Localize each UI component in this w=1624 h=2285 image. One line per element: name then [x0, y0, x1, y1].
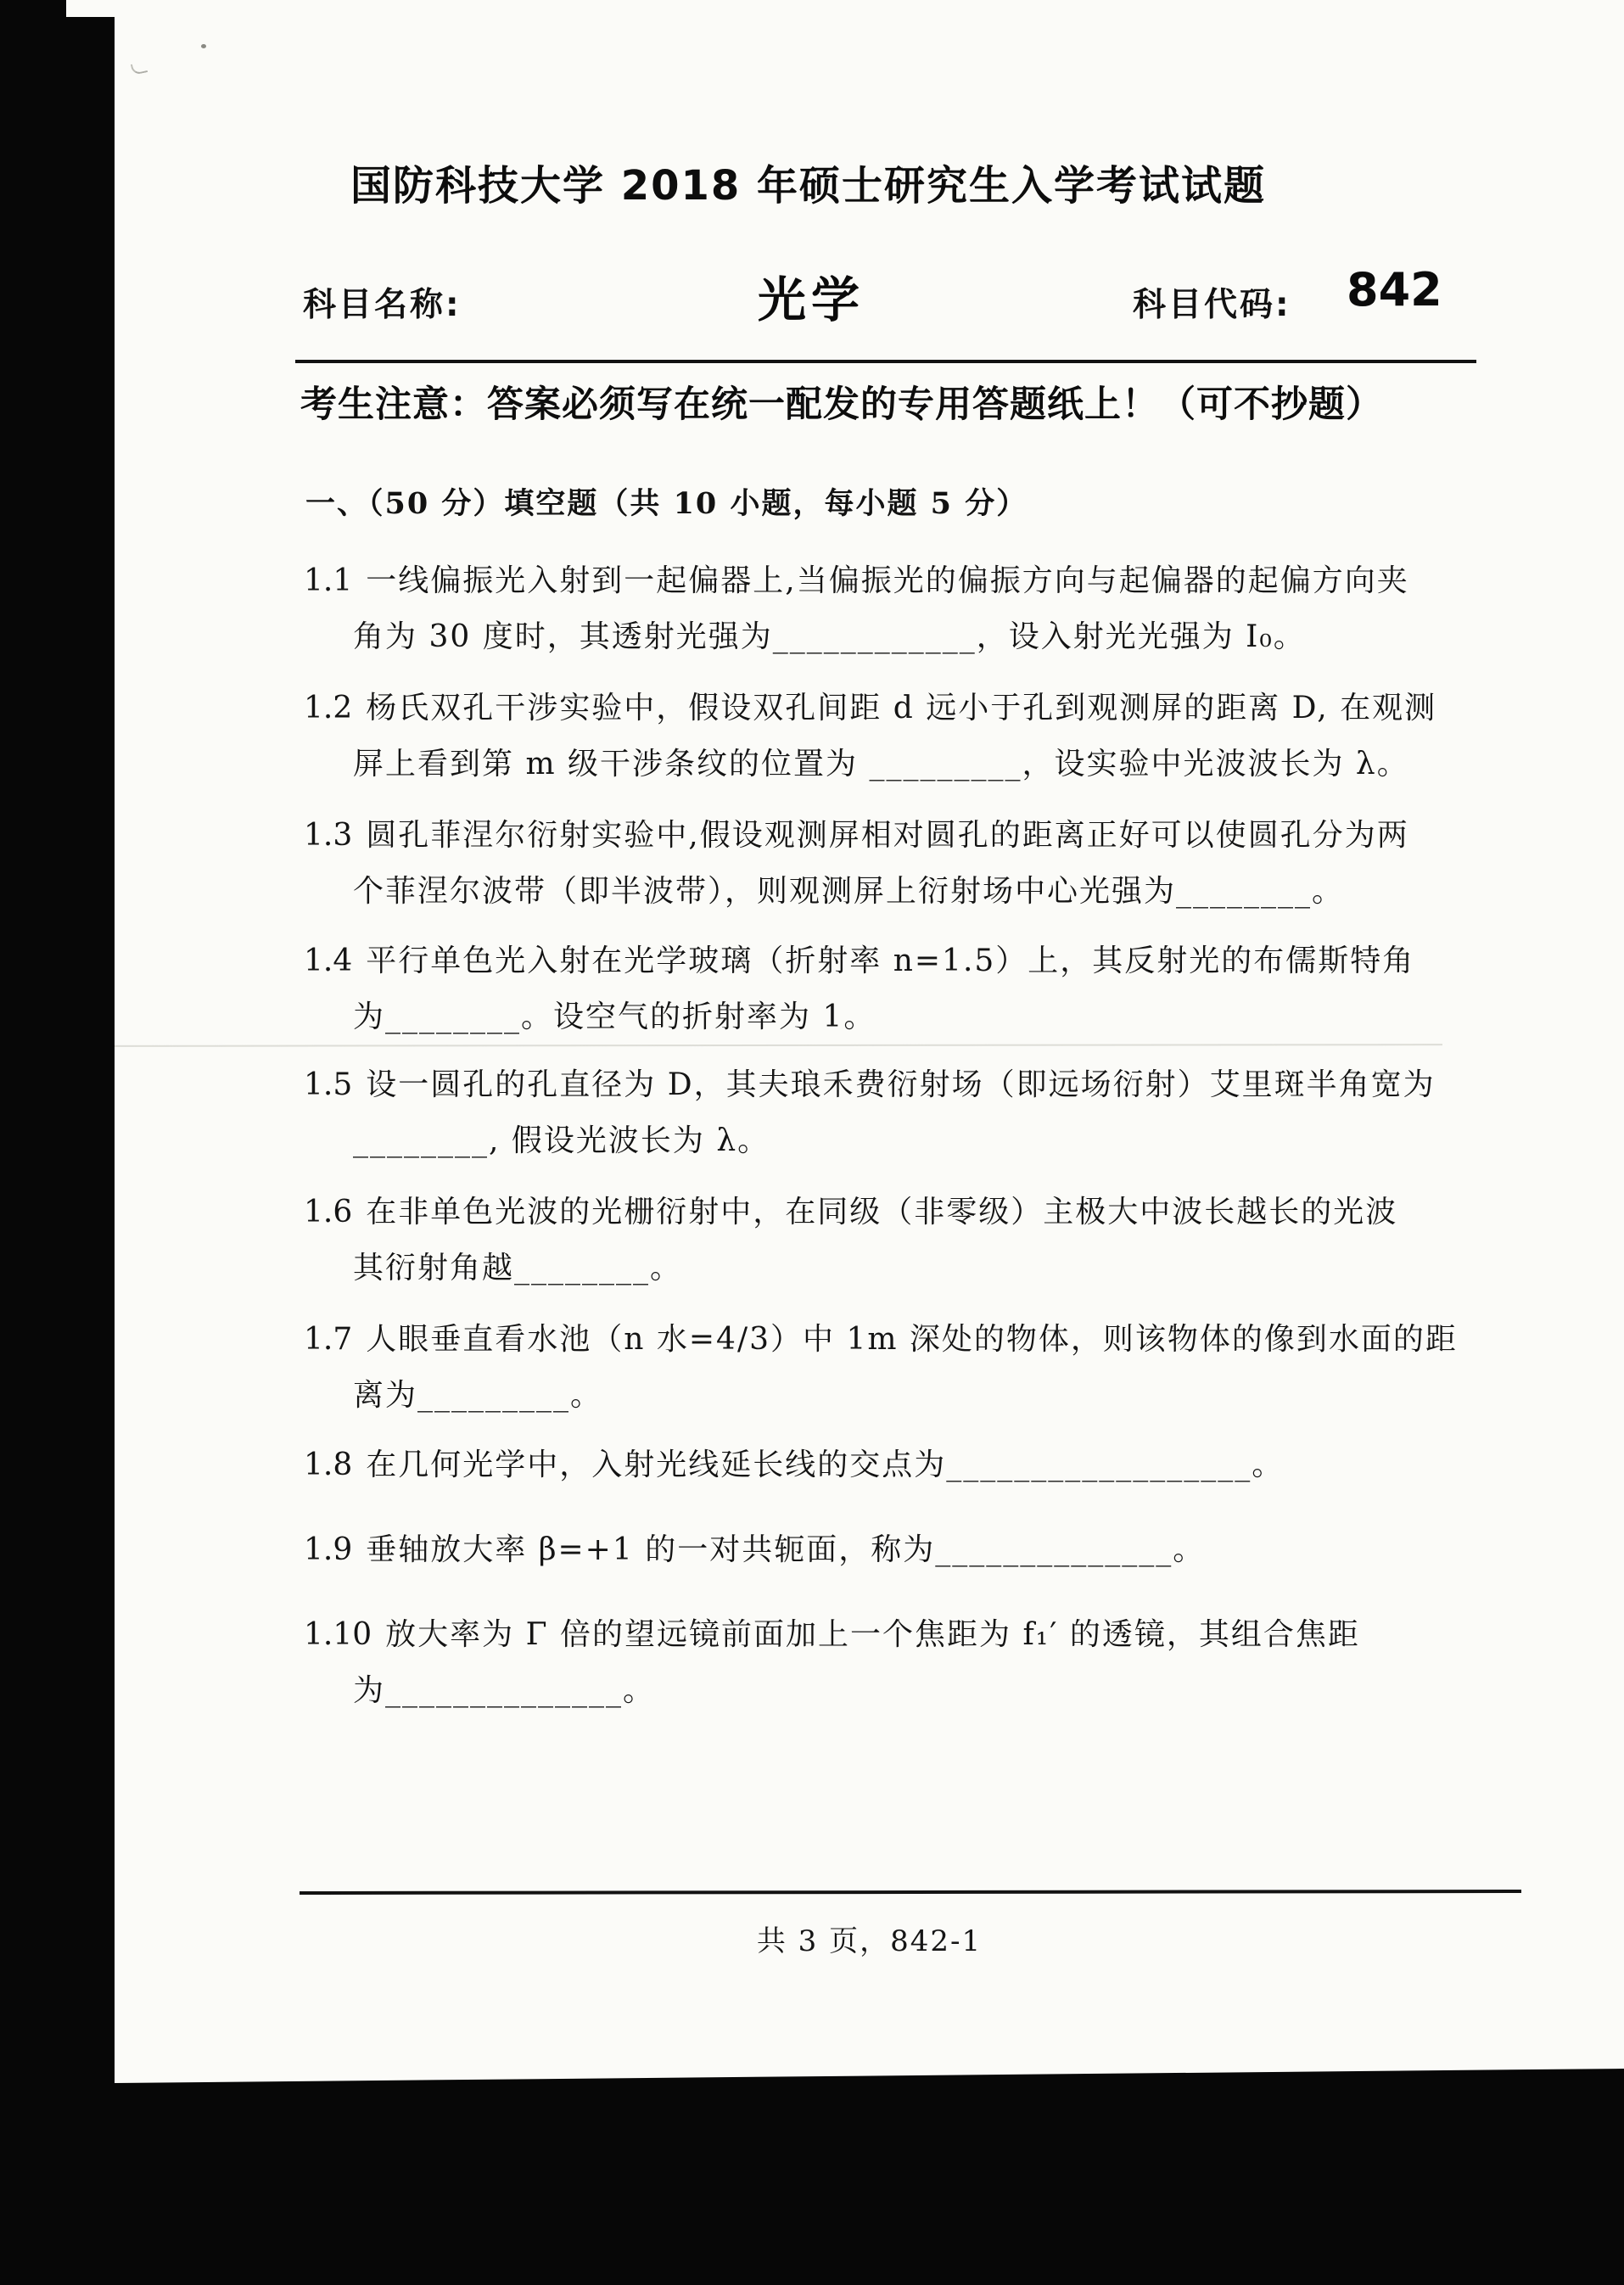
question-text-line: 为______________。: [353, 1663, 1360, 1719]
subject-name-label: 科目名称:: [303, 278, 462, 326]
question-text: 在几何光学中，入射光线延长线的交点为__________________。: [366, 1448, 1284, 1482]
question-number: 1.10: [304, 1617, 372, 1652]
question-number: 1.6: [304, 1195, 352, 1229]
question-1-9: 1.9垂轴放大率 β=+1 的一对共轭面，称为______________。: [304, 1522, 1205, 1578]
question-1-5: 1.5设一圆孔的孔直径为 D，其夫琅禾费衍射场（即远场衍射）艾里斑半角宽为 __…: [304, 1057, 1436, 1169]
scan-edge-notch: [66, 0, 115, 17]
subject-code-label: 科目代码:: [1133, 278, 1291, 326]
question-text: 人眼垂直看水池（n 水=4/3）中 1m 深处的物体，则该物体的像到水面的距: [366, 1322, 1458, 1357]
scan-artifact: [131, 61, 148, 75]
candidate-notice: 考生注意：答案必须写在统一配发的专用答题纸上！（可不抄题）: [300, 376, 1383, 428]
header-divider: [295, 360, 1476, 363]
question-text: 在非单色光波的光栅衍射中，在同级（非零级）主极大中波长越长的光波: [366, 1195, 1397, 1229]
exam-title: 国防科技大学 2018 年硕士研究生入学考试试题: [350, 153, 1266, 211]
subject-name-value: 光学: [758, 261, 865, 331]
question-number: 1.9: [304, 1532, 352, 1567]
question-text-line: 1.6在非单色光波的光栅衍射中，在同级（非零级）主极大中波长越长的光波: [304, 1185, 1397, 1241]
question-text: 垂轴放大率 β=+1 的一对共轭面，称为______________。: [366, 1532, 1205, 1567]
question-1-3: 1.3圆孔菲涅尔衍射实验中,假设观测屏相对圆孔的距离正好可以使圆孔分为两 个菲涅…: [304, 808, 1409, 920]
section-heading: 一、（50 分）填空题（共 10 小题，每小题 5 分）: [305, 480, 1028, 523]
question-1-8: 1.8在几何光学中，入射光线延长线的交点为__________________。: [304, 1437, 1284, 1493]
question-text-line: 1.10放大率为 Γ 倍的望远镜前面加上一个焦距为 f₁′ 的透镜，其组合焦距: [304, 1607, 1360, 1663]
exam-paper-page: 国防科技大学 2018 年硕士研究生入学考试试题 科目名称: 光学 科目代码: …: [115, 0, 1624, 2083]
question-1-6: 1.6在非单色光波的光栅衍射中，在同级（非零级）主极大中波长越长的光波 其衍射角…: [304, 1185, 1397, 1297]
question-text-line: ________, 假设光波长为 λ。: [353, 1113, 1436, 1169]
question-text: 杨氏双孔干涉实验中，假设双孔间距 d 远小于孔到观测屏的距离 D, 在观测: [366, 691, 1436, 725]
question-text-line: 为________。设空气的折射率为 1。: [353, 989, 1414, 1045]
question-text-line: 1.7人眼垂直看水池（n 水=4/3）中 1m 深处的物体，则该物体的像到水面的…: [304, 1312, 1458, 1368]
question-1-4: 1.4平行单色光入射在光学玻璃（折射率 n=1.5）上，其反射光的布儒斯特角 为…: [304, 933, 1414, 1045]
question-text-line: 其衍射角越________。: [353, 1241, 1397, 1297]
question-number: 1.5: [304, 1067, 352, 1102]
question-1-2: 1.2杨氏双孔干涉实验中，假设双孔间距 d 远小于孔到观测屏的距离 D, 在观测…: [304, 680, 1436, 792]
question-1-7: 1.7人眼垂直看水池（n 水=4/3）中 1m 深处的物体，则该物体的像到水面的…: [304, 1312, 1458, 1424]
question-text: 平行单色光入射在光学玻璃（折射率 n=1.5）上，其反射光的布儒斯特角: [366, 944, 1414, 978]
footer-divider: [300, 1890, 1521, 1895]
scan-artifact: [201, 44, 206, 48]
question-text: 圆孔菲涅尔衍射实验中,假设观测屏相对圆孔的距离正好可以使圆孔分为两: [366, 818, 1408, 853]
question-text-line: 离为_________。: [353, 1368, 1458, 1424]
question-text-line: 1.2杨氏双孔干涉实验中，假设双孔间距 d 远小于孔到观测屏的距离 D, 在观测: [304, 680, 1436, 736]
question-text-line: 1.1一线偏振光入射到一起偏器上,当偏振光的偏振方向与起偏器的起偏方向夹: [304, 553, 1409, 609]
subject-code-value: 842: [1347, 263, 1442, 316]
question-1-1: 1.1一线偏振光入射到一起偏器上,当偏振光的偏振方向与起偏器的起偏方向夹 角为 …: [304, 553, 1409, 665]
question-text-line: 屏上看到第 m 级干涉条纹的位置为 _________，设实验中光波波长为 λ。: [353, 736, 1436, 792]
question-text-line: 个菲涅尔波带（即半波带），则观测屏上衍射场中心光强为________。: [353, 864, 1409, 920]
question-number: 1.4: [304, 944, 352, 978]
question-number: 1.2: [304, 691, 352, 725]
page-footer: 共 3 页，842-1: [115, 1918, 1624, 1959]
question-1-10: 1.10放大率为 Γ 倍的望远镜前面加上一个焦距为 f₁′ 的透镜，其组合焦距 …: [304, 1607, 1360, 1719]
scan-background: 国防科技大学 2018 年硕士研究生入学考试试题 科目名称: 光学 科目代码: …: [0, 0, 1624, 2285]
question-number: 1.8: [304, 1448, 352, 1482]
question-text-line: 角为 30 度时，其透射光强为____________，设入射光光强为 I₀。: [353, 609, 1409, 665]
question-number: 1.7: [304, 1322, 352, 1357]
question-text-line: 1.3圆孔菲涅尔衍射实验中,假设观测屏相对圆孔的距离正好可以使圆孔分为两: [304, 808, 1409, 864]
question-text-line: 1.5设一圆孔的孔直径为 D，其夫琅禾费衍射场（即远场衍射）艾里斑半角宽为: [304, 1057, 1436, 1113]
question-text-line: 1.9垂轴放大率 β=+1 的一对共轭面，称为______________。: [304, 1522, 1205, 1578]
question-text: 设一圆孔的孔直径为 D，其夫琅禾费衍射场（即远场衍射）艾里斑半角宽为: [366, 1067, 1435, 1102]
question-text: 放大率为 Γ 倍的望远镜前面加上一个焦距为 f₁′ 的透镜，其组合焦距: [385, 1617, 1360, 1652]
question-text-line: 1.8在几何光学中，入射光线延长线的交点为__________________。: [304, 1437, 1284, 1493]
question-text-line: 1.4平行单色光入射在光学玻璃（折射率 n=1.5）上，其反射光的布儒斯特角: [304, 933, 1414, 989]
question-text: 一线偏振光入射到一起偏器上,当偏振光的偏振方向与起偏器的起偏方向夹: [366, 563, 1408, 598]
question-number: 1.1: [304, 563, 352, 598]
question-number: 1.3: [304, 818, 352, 853]
